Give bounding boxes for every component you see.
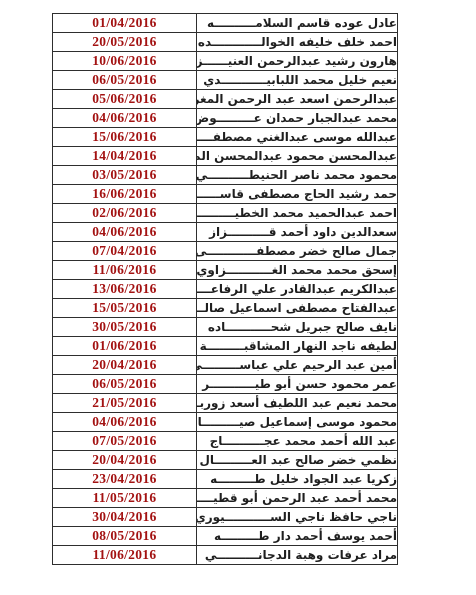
name-cell: محمد نعيم عبد اللطيف أسعد زوربـــــه xyxy=(197,394,398,413)
table-row: 05/06/2016عبدالرحمن اسعد عبد الرحمن المغ… xyxy=(53,90,398,109)
table-row: 20/05/2016احمد خلف خليفه الخوالـــــــــ… xyxy=(53,33,398,52)
name-cell: زكريا عبد الجواد خليل طـــــــــه xyxy=(197,470,398,489)
table-row: 04/06/2016سعدالدين داود أحمد قــــــــــ… xyxy=(53,223,398,242)
table-row: 10/06/2016هارون رشيد عبدالرحمن العنيــــ… xyxy=(53,52,398,71)
records-table-body: 01/04/2016عادل عوده قاسم السلامـــــــــ… xyxy=(53,14,398,565)
name-cell: محمد عبدالجبار حمدان عـــــــــوض xyxy=(197,109,398,128)
table-row: 11/06/2016إسحق محمد محمد الغـــــــــــز… xyxy=(53,261,398,280)
table-row: 11/05/2016محمد أحمد عبد الرحمن أبو قطيــ… xyxy=(53,489,398,508)
date-cell: 21/05/2016 xyxy=(53,394,197,413)
date-cell: 11/06/2016 xyxy=(53,546,197,565)
date-cell: 06/05/2016 xyxy=(53,71,197,90)
name-cell: هارون رشيد عبدالرحمن العنيــــــزات xyxy=(197,52,398,71)
name-cell: حمد رشيد الحاج مصطفى قاســـــــــم xyxy=(197,185,398,204)
table-row: 07/05/2016عبد الله أحمد محمد عجـــــــــ… xyxy=(53,432,398,451)
table-row: 03/05/2016محمود محمد ناصر الحنيطــــــــ… xyxy=(53,166,398,185)
table-row: 02/06/2016احمد عبدالحميد محمد الخطيـــــ… xyxy=(53,204,398,223)
table-row: 23/04/2016زكريا عبد الجواد خليل طـــــــ… xyxy=(53,470,398,489)
date-cell: 13/06/2016 xyxy=(53,280,197,299)
name-cell: عبدالله موسى عبدالغني مصطفـــــــى xyxy=(197,128,398,147)
name-cell: عبدالمحسن محمود عبدالمحسن المطــر xyxy=(197,147,398,166)
date-cell: 08/05/2016 xyxy=(53,527,197,546)
name-cell: نظمي خضر صالح عبد العـــــــــال xyxy=(197,451,398,470)
name-cell: ناجي حافظ ناجي الســـــــــــيوري xyxy=(197,508,398,527)
date-cell: 01/06/2016 xyxy=(53,337,197,356)
date-cell: 23/04/2016 xyxy=(53,470,197,489)
date-cell: 01/04/2016 xyxy=(53,14,197,33)
name-cell: أمين عبد الرحيم علي عباســـــــــي xyxy=(197,356,398,375)
table-row: 06/05/2016نعيم خليل محمد اللبابيــــــــ… xyxy=(53,71,398,90)
table-row: 30/04/2016ناجي حافظ ناجي الســـــــــــي… xyxy=(53,508,398,527)
table-row: 15/06/2016عبدالله موسى عبدالغني مصطفــــ… xyxy=(53,128,398,147)
table-row: 01/06/2016لطيفه ناجد النهار المشاقبـــــ… xyxy=(53,337,398,356)
date-cell: 10/06/2016 xyxy=(53,52,197,71)
name-cell: جمال صالح خضر مصطفــــــــــــى xyxy=(197,242,398,261)
scanned-page: 01/04/2016عادل عوده قاسم السلامـــــــــ… xyxy=(0,0,476,595)
date-cell: 07/04/2016 xyxy=(53,242,197,261)
table-row: 30/05/2016نايف صالح جبريل شحـــــــــــا… xyxy=(53,318,398,337)
name-cell: عبد الله أحمد محمد عجــــــــــاج xyxy=(197,432,398,451)
date-cell: 30/04/2016 xyxy=(53,508,197,527)
table-row: 21/05/2016محمد نعيم عبد اللطيف أسعد زورب… xyxy=(53,394,398,413)
name-cell: عبدالفتاح مصطفى اسماعيل صالـــــح xyxy=(197,299,398,318)
name-cell: إسحق محمد محمد الغـــــــــــزاوي xyxy=(197,261,398,280)
table-row: 20/04/2016أمين عبد الرحيم علي عباســــــ… xyxy=(53,356,398,375)
name-cell: نعيم خليل محمد اللبابيـــــــــــدي xyxy=(197,71,398,90)
date-cell: 06/05/2016 xyxy=(53,375,197,394)
date-cell: 11/06/2016 xyxy=(53,261,197,280)
name-cell: احمد عبدالحميد محمد الخطيـــــــــب xyxy=(197,204,398,223)
name-cell: لطيفه ناجد النهار المشاقبـــــــــة xyxy=(197,337,398,356)
table-row: 15/05/2016عبدالفتاح مصطفى اسماعيل صالـــ… xyxy=(53,299,398,318)
name-cell: أحمد يوسف أحمد دار طـــــــــه xyxy=(197,527,398,546)
table-row: 04/06/2016محمود موسى إسماعيل صيـــــــــ… xyxy=(53,413,398,432)
table-row: 04/06/2016محمد عبدالجبار حمدان عــــــــ… xyxy=(53,109,398,128)
date-cell: 15/05/2016 xyxy=(53,299,197,318)
table-row: 13/06/2016عبدالكريم عبدالقادر علي الرفاع… xyxy=(53,280,398,299)
date-cell: 16/06/2016 xyxy=(53,185,197,204)
name-cell: عبدالكريم عبدالقادر علي الرفاعــــــي xyxy=(197,280,398,299)
name-cell: عادل عوده قاسم السلامــــــــــه xyxy=(197,14,398,33)
date-cell: 04/06/2016 xyxy=(53,223,197,242)
date-cell: 30/05/2016 xyxy=(53,318,197,337)
name-cell: عمر محمود حسن أبو طيـــــــــــر xyxy=(197,375,398,394)
date-cell: 11/05/2016 xyxy=(53,489,197,508)
table-row: 06/05/2016عمر محمود حسن أبو طيــــــــــ… xyxy=(53,375,398,394)
table-row: 14/04/2016عبدالمحسن محمود عبدالمحسن المط… xyxy=(53,147,398,166)
records-table: 01/04/2016عادل عوده قاسم السلامـــــــــ… xyxy=(52,13,398,565)
name-cell: محمود محمد ناصر الحنيطــــــــــي xyxy=(197,166,398,185)
name-cell: سعدالدين داود أحمد قــــــــــزاز xyxy=(197,223,398,242)
date-cell: 20/04/2016 xyxy=(53,356,197,375)
date-cell: 20/05/2016 xyxy=(53,33,197,52)
name-cell: محمود موسى إسماعيل صيـــــــــام xyxy=(197,413,398,432)
name-cell: عبدالرحمن اسعد عبد الرحمن المغربــي xyxy=(197,90,398,109)
table-row: 11/06/2016مراد عرفات وهبة الدجانــــــــ… xyxy=(53,546,398,565)
name-cell: نايف صالح جبريل شحـــــــــــاده xyxy=(197,318,398,337)
date-cell: 03/05/2016 xyxy=(53,166,197,185)
table-row: 16/06/2016حمد رشيد الحاج مصطفى قاســــــ… xyxy=(53,185,398,204)
name-cell: احمد خلف خليفه الخوالــــــــــــده xyxy=(197,33,398,52)
date-cell: 04/06/2016 xyxy=(53,413,197,432)
date-cell: 04/06/2016 xyxy=(53,109,197,128)
date-cell: 14/04/2016 xyxy=(53,147,197,166)
date-cell: 05/06/2016 xyxy=(53,90,197,109)
table-row: 08/05/2016أحمد يوسف أحمد دار طـــــــــه xyxy=(53,527,398,546)
name-cell: محمد أحمد عبد الرحمن أبو قطيـــــــش xyxy=(197,489,398,508)
date-cell: 07/05/2016 xyxy=(53,432,197,451)
date-cell: 15/06/2016 xyxy=(53,128,197,147)
table-row: 07/04/2016جمال صالح خضر مصطفــــــــــــ… xyxy=(53,242,398,261)
name-cell: مراد عرفات وهبة الدجانــــــــــي xyxy=(197,546,398,565)
table-row: 20/04/2016نظمي خضر صالح عبد العـــــــــ… xyxy=(53,451,398,470)
date-cell: 20/04/2016 xyxy=(53,451,197,470)
date-cell: 02/06/2016 xyxy=(53,204,197,223)
table-row: 01/04/2016عادل عوده قاسم السلامـــــــــ… xyxy=(53,14,398,33)
